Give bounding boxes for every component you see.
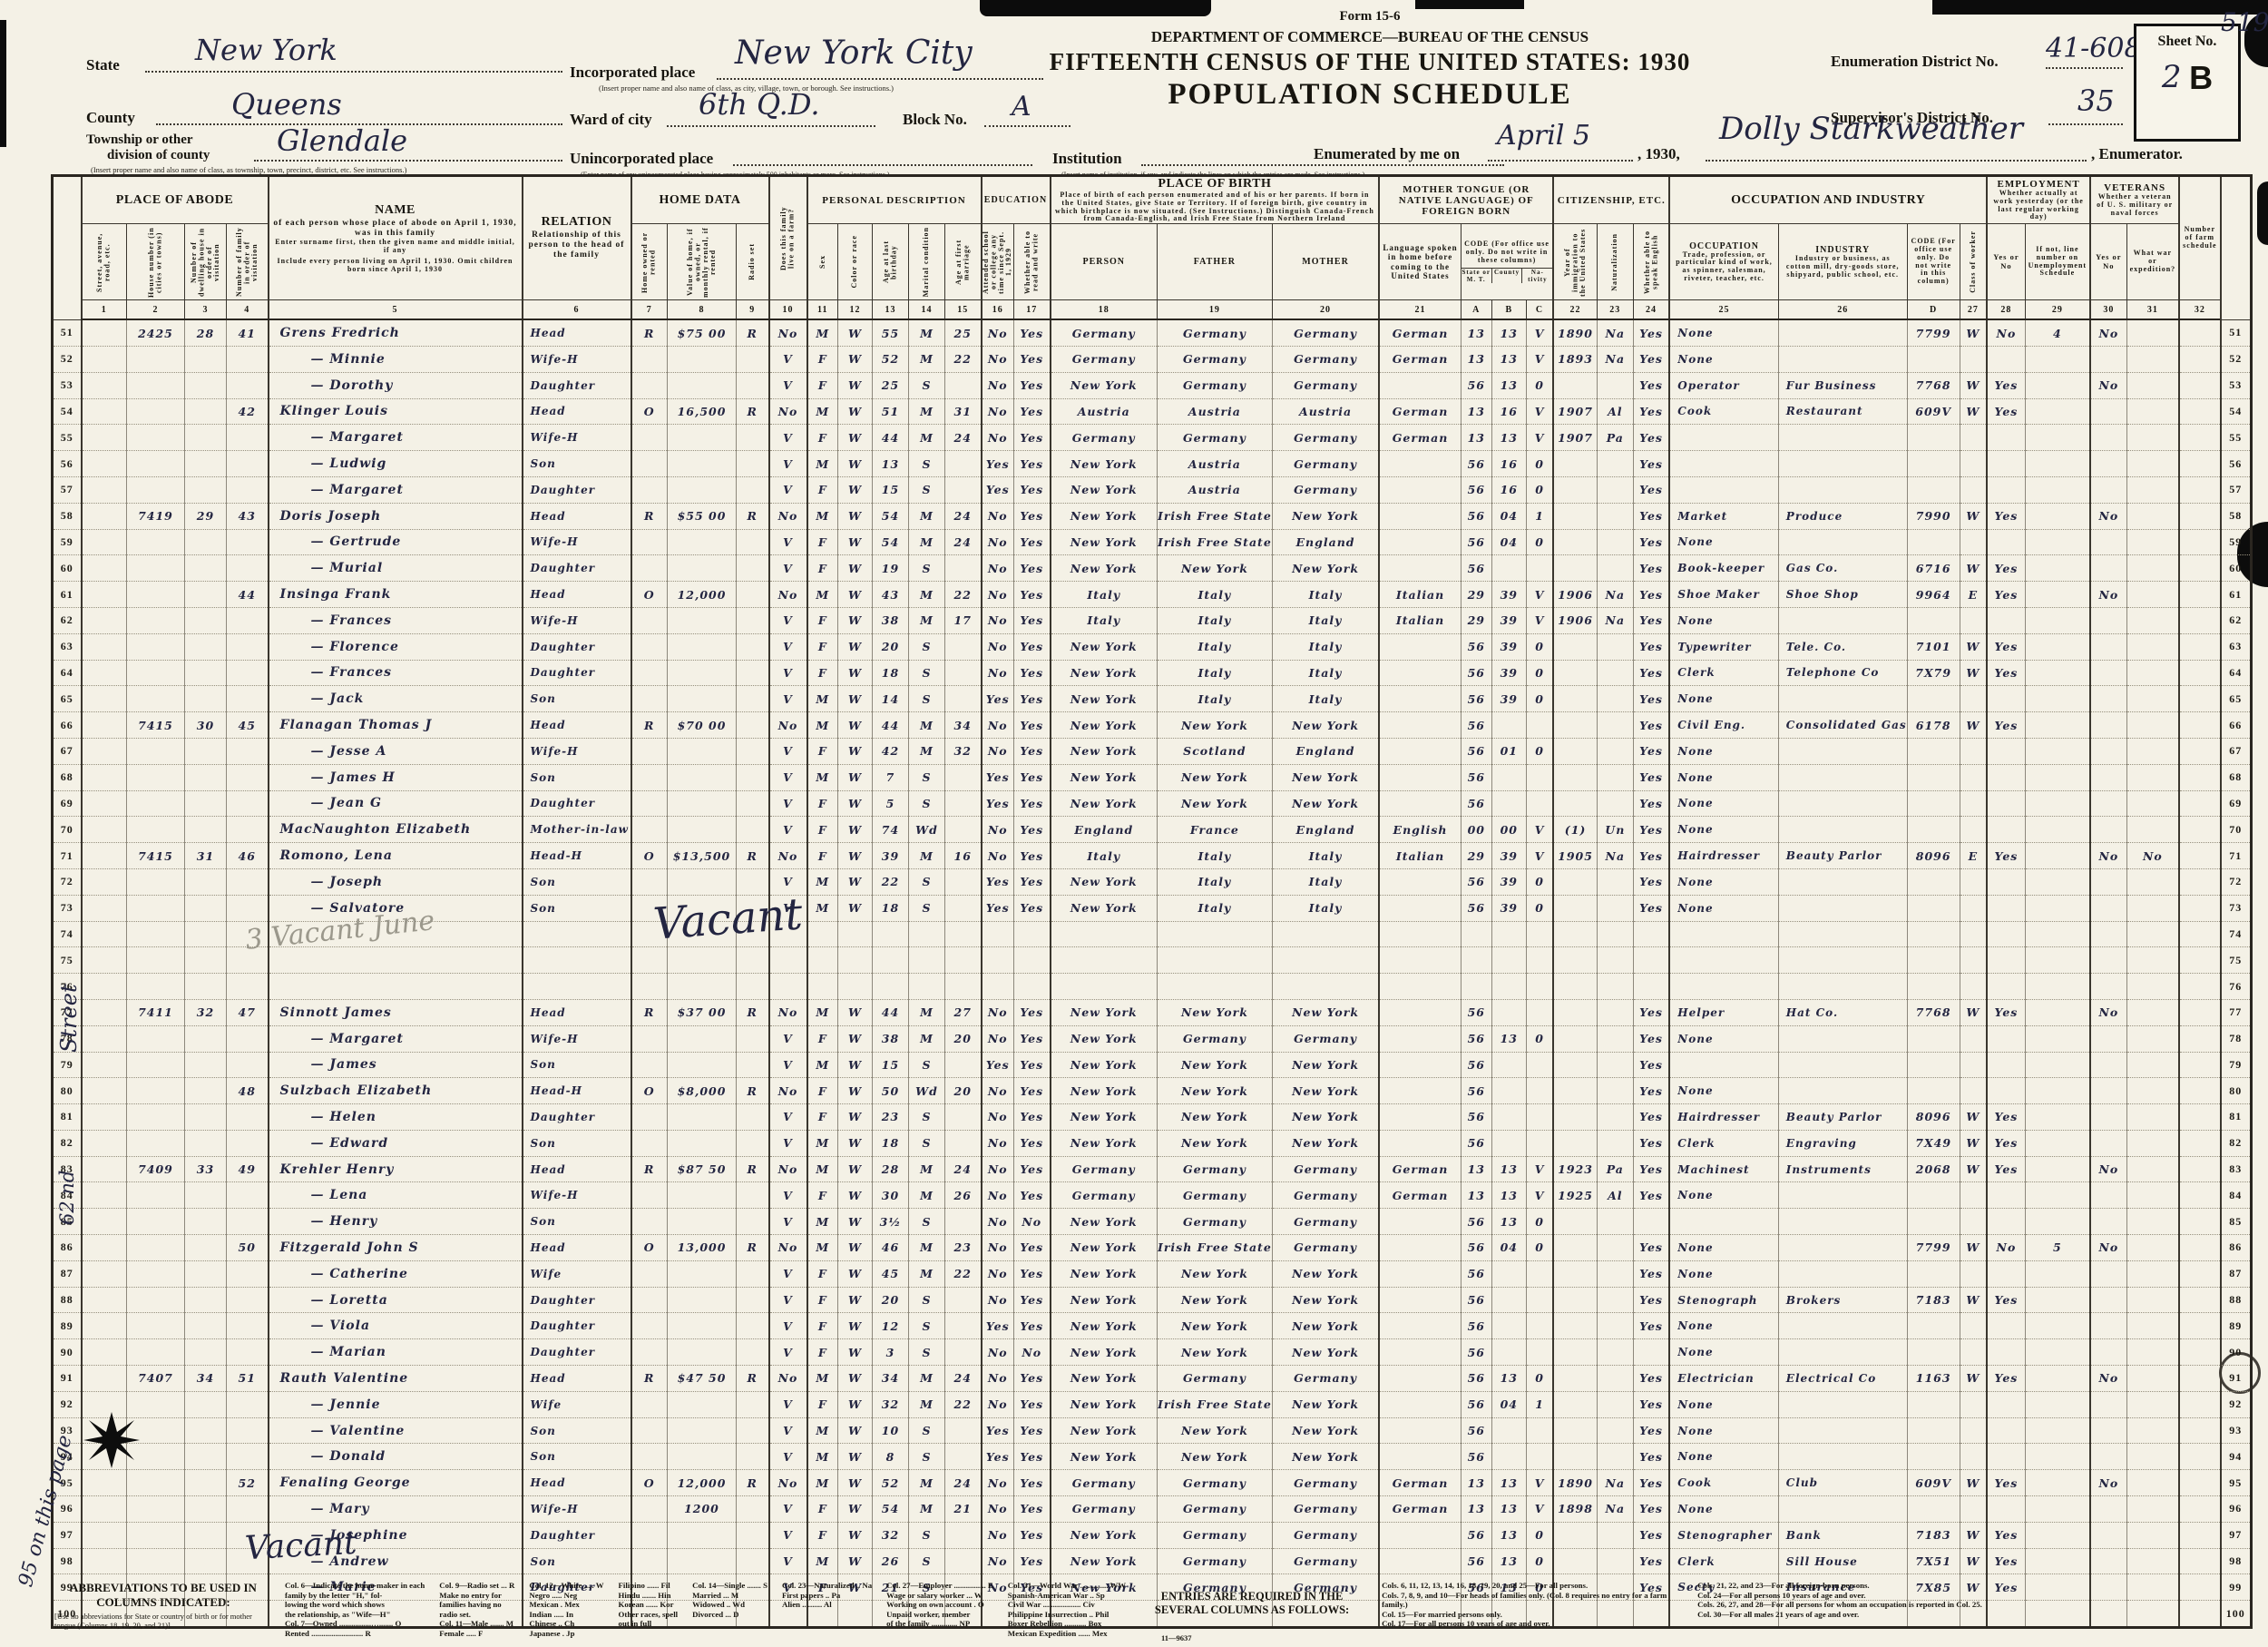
sd-value: 35 <box>2077 83 2115 118</box>
cell-occupation: Electrician <box>1669 1366 1778 1392</box>
cell-code-a: 13 <box>1461 1470 1491 1496</box>
cell-family <box>227 817 269 843</box>
cell-code-c <box>1526 974 1553 1000</box>
cell-employed <box>1987 686 2025 712</box>
table-row: 88— LorettaDaughterVFW20SNoYesNew YorkNe… <box>53 1287 2252 1313</box>
sd-line <box>2048 123 2123 125</box>
cell-color: W <box>838 607 873 633</box>
cell-pob-person <box>1051 974 1158 1000</box>
cell-code-a: 56 <box>1461 1366 1491 1392</box>
cell-veteran <box>2090 1391 2126 1417</box>
cell-class <box>1960 607 1987 633</box>
table-row: 85— HenrySonVMW3½SNoNoNew YorkGermanyGer… <box>53 1209 2252 1235</box>
cell-industry <box>1778 529 1907 555</box>
cell-school: No <box>982 712 1014 739</box>
footer-line: lowing the word which shows <box>285 1600 425 1610</box>
cell-family <box>227 633 269 660</box>
cell-code-d <box>1907 1444 1960 1470</box>
table-row: 55— MargaretWife-HVFW44M24NoYesGermanyGe… <box>53 425 2252 451</box>
cell-value <box>668 660 737 686</box>
cell-value <box>668 1287 737 1313</box>
cell-ln: 52 <box>2221 346 2252 372</box>
cell-code-c: V <box>1526 398 1553 425</box>
cell-class: W <box>1960 712 1987 739</box>
sheet-letter: B <box>2189 59 2213 96</box>
cell-read-write: Yes <box>1014 372 1051 398</box>
table-row: 7575 <box>53 947 2252 974</box>
cell-class <box>1960 476 1987 503</box>
cell-family: 52 <box>227 1470 269 1496</box>
cell-code-d: 9964 <box>1907 582 1960 608</box>
cell-age: 55 <box>873 319 909 346</box>
cell-age: 46 <box>873 1235 909 1261</box>
cell-ln: 54 <box>2221 398 2252 425</box>
cell-farm: V <box>769 1339 807 1366</box>
cell-dwelling <box>185 686 227 712</box>
cell-unemployment-line <box>2025 947 2090 974</box>
cell-naturalization <box>1597 868 1633 895</box>
cell-street <box>82 607 127 633</box>
cell-age-married: 26 <box>945 1182 982 1209</box>
cell-industry <box>1778 921 1907 947</box>
cell-occupation <box>1669 476 1778 503</box>
cell-name: — Ludwig <box>269 451 523 477</box>
cell-age: 52 <box>873 346 909 372</box>
cell-code-d: 7X79 <box>1907 660 1960 686</box>
cell-language <box>1379 1522 1461 1548</box>
cell-industry: Tele. Co. <box>1778 633 1907 660</box>
cell-house: 7407 <box>127 1366 185 1392</box>
cell-marital: M <box>909 1260 945 1287</box>
cell-immigration-year <box>1553 1260 1597 1287</box>
cell-class <box>1960 817 1987 843</box>
table-row: 9552Fenaling GeorgeHeadO12,000RNoMW52M24… <box>53 1470 2252 1496</box>
cell-age: 13 <box>873 451 909 477</box>
cell-code-d <box>1907 1391 1960 1417</box>
cell-name: Sinnott James <box>269 999 523 1025</box>
cell-war <box>2126 503 2179 529</box>
cell-industry <box>1778 1182 1907 1209</box>
cell-unemployment-line <box>2025 1548 2090 1574</box>
table-row: 57— MargaretDaughterVFW15SYesYesNew York… <box>53 476 2252 503</box>
cell-pob-father: Italy <box>1158 843 1273 869</box>
cell-class: W <box>1960 1104 1987 1131</box>
cell-sex: M <box>807 686 838 712</box>
cell-language <box>1379 1366 1461 1392</box>
cell-immigration-year: 1898 <box>1553 1496 1597 1523</box>
cell-radio: R <box>737 1078 769 1104</box>
cell-radio <box>737 1287 769 1313</box>
cell-family <box>227 790 269 817</box>
cell-immigration-year <box>1553 1548 1597 1574</box>
cell-pob-person: Germany <box>1051 346 1158 372</box>
cell-marital: M <box>909 529 945 555</box>
cell-ln: 75 <box>2221 947 2252 974</box>
cell-color: W <box>838 686 873 712</box>
cell-occupation: Stenograph <box>1669 1287 1778 1313</box>
cell-code-d: 7X51 <box>1907 1548 1960 1574</box>
cell-name: — Valentine <box>269 1417 523 1444</box>
cell-english: Yes <box>1633 633 1669 660</box>
cell-industry <box>1778 425 1907 451</box>
cell-school: No <box>982 1339 1014 1366</box>
table-row: 52— MinnieWife-HVFW52M22NoYesGermanyGerm… <box>53 346 2252 372</box>
cell-pob-father <box>1158 947 1273 974</box>
cell-naturalization: Na <box>1597 1496 1633 1523</box>
cell-relation: Head-H <box>523 843 631 869</box>
cell-code-d <box>1907 1078 1960 1104</box>
farm-schedule-header: Number of farm schedule <box>2179 176 2220 300</box>
cell-pob-mother: Italy <box>1272 895 1379 921</box>
cell-pob-person: New York <box>1051 633 1158 660</box>
cell-read-write <box>1014 974 1051 1000</box>
cell-farm-schedule <box>2179 686 2220 712</box>
cell-ln: 90 <box>2221 1339 2252 1366</box>
cell-language <box>1379 1260 1461 1287</box>
cell-dwelling <box>185 1548 227 1574</box>
cell-english: Yes <box>1633 529 1669 555</box>
cell-school: No <box>982 1470 1014 1496</box>
cell-code-d <box>1907 476 1960 503</box>
cell-value <box>668 1182 737 1209</box>
cell-employed <box>1987 895 2025 921</box>
cell-language <box>1379 529 1461 555</box>
cell-pob-father: New York <box>1158 1052 1273 1078</box>
cell-employed <box>1987 1078 2025 1104</box>
cell-school: No <box>982 1078 1014 1104</box>
cell-ln: 70 <box>2221 817 2252 843</box>
cell-class: W <box>1960 1470 1987 1496</box>
col-employed-header: Yes or No <box>1987 224 2025 300</box>
cell-street <box>82 1313 127 1339</box>
cell-sex: F <box>807 1182 838 1209</box>
cell-value <box>668 1260 737 1287</box>
cell-code-a: 56 <box>1461 503 1491 529</box>
cell-house: 2425 <box>127 319 185 346</box>
cell-school: No <box>982 843 1014 869</box>
cell-sex: F <box>807 425 838 451</box>
cell-color: W <box>838 529 873 555</box>
cell-code-b <box>1491 555 1526 582</box>
cell-code-d <box>1907 451 1960 477</box>
cell-sex: M <box>807 1156 838 1182</box>
cell-immigration-year: 1925 <box>1553 1182 1597 1209</box>
cell-ln: 65 <box>2221 686 2252 712</box>
cell-farm: V <box>769 686 807 712</box>
line-number-column-header <box>2221 176 2252 320</box>
cell-naturalization <box>1597 1366 1633 1392</box>
cell-street <box>82 451 127 477</box>
cell-dwelling <box>185 476 227 503</box>
sheet-value: 2 <box>2162 59 2182 95</box>
cell-english: Yes <box>1633 1417 1669 1444</box>
cell-dwelling <box>185 1339 227 1366</box>
cell-language: German <box>1379 425 1461 451</box>
cell-class <box>1960 947 1987 974</box>
cell-veteran <box>2090 1052 2126 1078</box>
cell-code-a: 56 <box>1461 555 1491 582</box>
cell-family <box>227 764 269 790</box>
cell-employed: Yes <box>1987 712 2025 739</box>
cell-school: No <box>982 1182 1014 1209</box>
cell-sex: M <box>807 1209 838 1235</box>
cell-house <box>127 686 185 712</box>
cell-marital: Wd <box>909 1078 945 1104</box>
cell-occupation: None <box>1669 1391 1778 1417</box>
table-row: 7774113247Sinnott JamesHeadR$37 00RNoMW4… <box>53 999 2252 1025</box>
cell-pob-person: New York <box>1051 1417 1158 1444</box>
cell-family <box>227 1182 269 1209</box>
column-number: 27 <box>1960 300 1987 320</box>
cell-house <box>127 1313 185 1339</box>
cell-age-married <box>945 974 982 1000</box>
cell-immigration-year <box>1553 764 1597 790</box>
cell-read-write: Yes <box>1014 712 1051 739</box>
cell-english: Yes <box>1633 817 1669 843</box>
cell-code-b: 16 <box>1491 451 1526 477</box>
cell-owned: R <box>631 999 668 1025</box>
cell-employed: Yes <box>1987 372 2025 398</box>
cell-family: 48 <box>227 1078 269 1104</box>
cell-school: Yes <box>982 1052 1014 1078</box>
cell-immigration-year: 1893 <box>1553 346 1597 372</box>
cell-war <box>2126 1052 2179 1078</box>
cell-ln: 98 <box>2221 1548 2252 1574</box>
cell-veteran: No <box>2090 503 2126 529</box>
cell-color: W <box>838 1104 873 1131</box>
cell-ln: 69 <box>2221 790 2252 817</box>
cell-family <box>227 974 269 1000</box>
col-class-header: Class of worker <box>1960 224 1987 300</box>
cell-marital: S <box>909 1130 945 1156</box>
col-age-header: Age at last birthday <box>873 224 909 300</box>
cell-age-married: 27 <box>945 999 982 1025</box>
cell-war <box>2126 607 2179 633</box>
cell-name <box>269 947 523 974</box>
cell-veteran <box>2090 1078 2126 1104</box>
cell-sex: F <box>807 529 838 555</box>
cell-sex: M <box>807 398 838 425</box>
cell-code-b: 13 <box>1491 319 1526 346</box>
cell-war <box>2126 764 2179 790</box>
cell-naturalization <box>1597 1391 1633 1417</box>
cell-unemployment-line <box>2025 1339 2090 1366</box>
cell-code-c <box>1526 1130 1553 1156</box>
cell-owned <box>631 1339 668 1366</box>
cell-street <box>82 790 127 817</box>
cell-school: Yes <box>982 1417 1014 1444</box>
cell-value: $37 00 <box>668 999 737 1025</box>
cell-unemployment-line <box>2025 1417 2090 1444</box>
column-number: 3 <box>185 300 227 320</box>
cell-unemployment-line <box>2025 346 2090 372</box>
cell-age: 34 <box>873 1366 909 1392</box>
cell-code-c <box>1526 1417 1553 1444</box>
cell-value <box>668 686 737 712</box>
cell-employed <box>1987 1417 2025 1444</box>
cell-color: W <box>838 1548 873 1574</box>
cell-family <box>227 372 269 398</box>
cell-school: Yes <box>982 686 1014 712</box>
cell-language <box>1379 633 1461 660</box>
cell-family: 46 <box>227 843 269 869</box>
cell-english: Yes <box>1633 319 1669 346</box>
cell-english: Yes <box>1633 1287 1669 1313</box>
cell-code-d: 609V <box>1907 398 1960 425</box>
cell-naturalization <box>1597 921 1633 947</box>
cell-war <box>2126 868 2179 895</box>
cell-naturalization: Un <box>1597 817 1633 843</box>
cell-name: — Jesse A <box>269 738 523 764</box>
cell-ln: 97 <box>2221 1522 2252 1548</box>
footer-line: the relationship, as "Wife—H" <box>285 1610 425 1620</box>
cell-veteran: No <box>2090 582 2126 608</box>
cell-employed <box>1987 476 2025 503</box>
footer-line: Philippine Insurrection .. Phil <box>1008 1610 1126 1620</box>
cell-unemployment-line <box>2025 1313 2090 1339</box>
cell-dwelling <box>185 660 227 686</box>
cell-occupation: None <box>1669 1444 1778 1470</box>
cell-naturalization <box>1597 1130 1633 1156</box>
cell-dwelling <box>185 529 227 555</box>
cell-age-married: 23 <box>945 1235 982 1261</box>
cell-farm: V <box>769 633 807 660</box>
footer-line: of the family ............. NP <box>886 1619 993 1629</box>
cell-war <box>2126 1522 2179 1548</box>
cell-code-b: 13 <box>1491 1209 1526 1235</box>
cell-relation: Son <box>523 895 631 921</box>
cell-read-write: Yes <box>1014 1182 1051 1209</box>
cell-pob-mother: Germany <box>1272 1182 1379 1209</box>
cell-age-married <box>945 372 982 398</box>
cell-employed <box>1987 1025 2025 1052</box>
cell-relation: Son <box>523 686 631 712</box>
table-row: 97— JosephineDaughterVFW32SNoYesNew York… <box>53 1522 2252 1548</box>
cell-school: No <box>982 633 1014 660</box>
cell-street <box>82 1339 127 1366</box>
cell-veteran <box>2090 738 2126 764</box>
cell-immigration-year <box>1553 1339 1597 1366</box>
cell-house <box>127 1339 185 1366</box>
cell-age-married <box>945 1339 982 1366</box>
cell-radio <box>737 1025 769 1052</box>
cell-unemployment-line <box>2025 843 2090 869</box>
cell-owned <box>631 476 668 503</box>
cell-street <box>82 503 127 529</box>
cell-pob-mother: New York <box>1272 1417 1379 1444</box>
cell-war <box>2126 425 2179 451</box>
cell-occupation: Operator <box>1669 372 1778 398</box>
cell-pob-mother: New York <box>1272 1339 1379 1366</box>
population-schedule-table: PLACE OF ABODE NAME of each person whose… <box>51 174 2253 1629</box>
cell-english: Yes <box>1633 790 1669 817</box>
cell-relation: Son <box>523 1417 631 1444</box>
cell-owned <box>631 817 668 843</box>
cell-family: 44 <box>227 582 269 608</box>
cell-language <box>1379 921 1461 947</box>
cell-age-married: 21 <box>945 1496 982 1523</box>
cell-code-d <box>1907 1417 1960 1444</box>
cell-code-a <box>1461 974 1491 1000</box>
cell-age-married <box>945 1052 982 1078</box>
cell-age-married <box>945 790 982 817</box>
cell-sex: F <box>807 1391 838 1417</box>
cell-language <box>1379 686 1461 712</box>
cell-school: No <box>982 1548 1014 1574</box>
cell-ln: 81 <box>2221 1104 2252 1131</box>
cell-code-d <box>1907 1052 1960 1078</box>
cell-naturalization <box>1597 1025 1633 1052</box>
col-veteran-header: Yes or No <box>2090 224 2126 300</box>
cell-english: Yes <box>1633 1522 1669 1548</box>
column-number: 31 <box>2126 300 2179 320</box>
cell-war <box>2126 476 2179 503</box>
cell-radio <box>737 1130 769 1156</box>
cell-class <box>1960 738 1987 764</box>
cell-employed <box>1987 1391 2025 1417</box>
cell-war <box>2126 1548 2179 1574</box>
cell-occupation <box>1669 974 1778 1000</box>
cell-dwelling: 29 <box>185 503 227 529</box>
scan-mark <box>0 20 6 147</box>
cell-pob-mother: New York <box>1272 503 1379 529</box>
cell-code-c: V <box>1526 1496 1553 1523</box>
cell-owned <box>631 1287 668 1313</box>
cell-ln: 73 <box>2221 895 2252 921</box>
col-marital-header: Marital condition <box>909 224 945 300</box>
cell-english: Yes <box>1633 555 1669 582</box>
cell-ln: 87 <box>53 1260 82 1287</box>
cell-pob-mother: Germany <box>1272 1025 1379 1052</box>
cell-code-d: 7799 <box>1907 319 1960 346</box>
cell-pob-person: New York <box>1051 895 1158 921</box>
cell-ln: 53 <box>2221 372 2252 398</box>
cell-occupation: Clerk <box>1669 660 1778 686</box>
cell-school: No <box>982 1496 1014 1523</box>
cell-read-write: No <box>1014 1339 1051 1366</box>
cell-pob-person <box>1051 947 1158 974</box>
cell-color: W <box>838 1339 873 1366</box>
cell-employed <box>1987 790 2025 817</box>
cell-code-b: 13 <box>1491 1470 1526 1496</box>
cell-farm: V <box>769 1313 807 1339</box>
cell-class: W <box>1960 1287 1987 1313</box>
cell-sex: M <box>807 1366 838 1392</box>
cell-pob-mother: New York <box>1272 1391 1379 1417</box>
column-number: 1 <box>82 300 127 320</box>
cell-code-a: 56 <box>1461 790 1491 817</box>
cell-read-write <box>1014 921 1051 947</box>
form-number: Form 15-6 <box>1025 9 1715 25</box>
cell-english: Yes <box>1633 1052 1669 1078</box>
cell-farm: V <box>769 764 807 790</box>
cell-language <box>1379 868 1461 895</box>
cell-code-a: 29 <box>1461 582 1491 608</box>
col-code-abc-header: CODE (For office use only. Do not write … <box>1461 224 1553 300</box>
cell-pob-person: New York <box>1051 738 1158 764</box>
cell-farm-schedule <box>2179 398 2220 425</box>
cell-employed <box>1987 1260 2025 1287</box>
cell-pob-father: Germany <box>1158 346 1273 372</box>
cell-pob-person: New York <box>1051 1444 1158 1470</box>
footer-line: out in full <box>619 1619 679 1629</box>
cell-relation <box>523 947 631 974</box>
cell-veteran <box>2090 555 2126 582</box>
cell-class: W <box>1960 398 1987 425</box>
cell-unemployment-line <box>2025 425 2090 451</box>
cell-naturalization <box>1597 633 1633 660</box>
cell-farm: V <box>769 1182 807 1209</box>
